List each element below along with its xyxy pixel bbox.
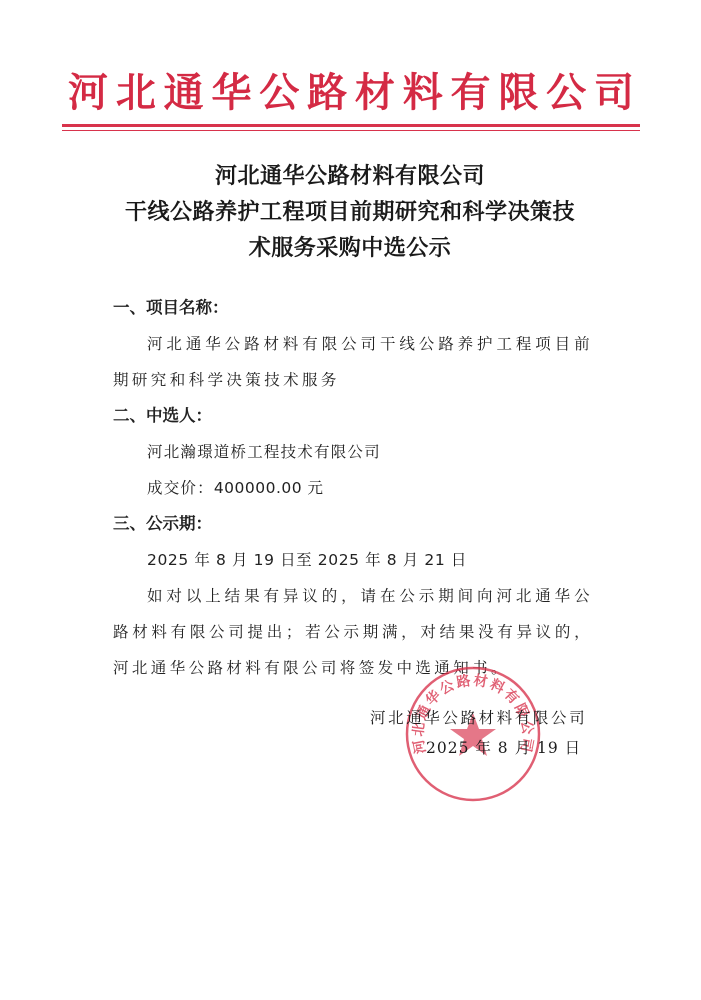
title-line-2: 干线公路养护工程项目前期研究和科学决策技 [100,194,600,230]
title-line-1: 河北通华公路材料有限公司 [100,158,600,194]
letterhead-char: 路 [305,61,349,118]
letterhead-char: 公 [544,61,588,118]
deal-price: 成交价：400000.00 元 [113,470,593,506]
document-body: 一、项目名称： 河北通华公路材料有限公司干线公路养护工程项目前期研究和科学决策技… [113,290,593,686]
letterhead-char: 司 [592,61,636,118]
signature-org: 河北通华公路材料有限公司 [370,705,610,731]
signature-block: 河北通华公路材料有限公司 2025 年 8 月 19 日 [370,705,610,765]
letterhead-char: 河 [66,61,110,118]
project-name-text: 河北通华公路材料有限公司干线公路养护工程项目前期研究和科学决策技术服务 [113,326,593,398]
document-title: 河北通华公路材料有限公司 干线公路养护工程项目前期研究和科学决策技 术服务采购中… [100,158,600,266]
letterhead-char: 公 [257,61,301,118]
notice-period-dates: 2025 年 8 月 19 日至 2025 年 8 月 21 日 [113,542,593,578]
letterhead-company-name: 河 北 通 华 公 路 材 料 有 限 公 司 [66,64,636,114]
signature-date: 2025 年 8 月 19 日 [426,731,610,765]
section-heading-winner: 二、中选人： [113,398,593,434]
objection-notice-text: 如对以上结果有异议的，请在公示期间向河北通华公路材料有限公司提出；若公示期满，对… [113,578,593,686]
letterhead-char: 华 [209,61,253,118]
letterhead-divider-thin [62,130,640,131]
title-line-3: 术服务采购中选公示 [100,230,600,266]
letterhead-char: 料 [401,61,445,118]
letterhead-char: 通 [162,61,206,118]
letterhead-char: 北 [114,61,158,118]
deal-price-label: 成交价： [147,479,214,497]
letterhead-divider-thick [62,124,640,127]
section-heading-notice-period: 三、公示期： [113,506,593,542]
letterhead-char: 限 [496,61,540,118]
deal-price-value: 400000.00 元 [214,479,324,497]
letterhead-char: 有 [449,61,493,118]
section-heading-project-name: 一、项目名称： [113,290,593,326]
winner-name: 河北瀚璟道桥工程技术有限公司 [113,434,593,470]
letterhead-char: 材 [353,61,397,118]
